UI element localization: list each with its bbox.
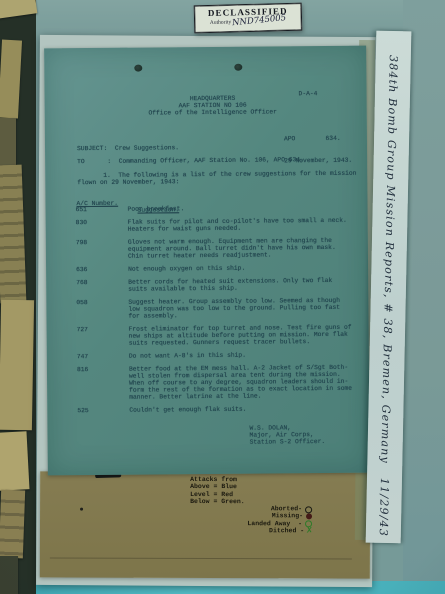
- ac-number: 636: [76, 266, 128, 273]
- apo-line: APO 634.: [284, 135, 352, 143]
- legend-symbol: X: [307, 528, 312, 534]
- mission-card: Attacks fromAbove = BlueLevel = RedBelow…: [40, 471, 370, 578]
- suggestion-text: Better cords for heated suit extensions.…: [128, 277, 352, 293]
- to-line: TO : Commanding Officer, AAF Station No.…: [77, 156, 304, 165]
- declassified-stamp: DECLASSIFIED AuthorityNND745005: [194, 3, 303, 34]
- table-row: 058 Suggest heater. Group assembly too l…: [76, 297, 366, 321]
- subject-line: SUBJECT: Crew Suggestions.: [77, 144, 179, 152]
- punch-hole-right: [234, 64, 242, 71]
- suggestion-table: 651 Poor breakfast. 830 Flak suits for p…: [76, 204, 368, 421]
- paper-strip: [0, 556, 18, 594]
- paper-strip: [0, 431, 29, 490]
- legend-label: Landed Away -: [247, 520, 302, 527]
- punch-hole-left: [134, 65, 142, 72]
- ac-number: 651: [76, 206, 128, 213]
- table-row: 816 Better food at the EM mess hall. A-2…: [77, 364, 367, 402]
- memo-heading: HEADQUARTERSAAF STATION NO 106Office of …: [83, 94, 343, 118]
- paper-strip: [0, 490, 25, 559]
- text-line: Office of the Intelligence Officer: [83, 108, 343, 117]
- suggestion-text: Do not want A-8's in this ship.: [129, 351, 353, 360]
- paper-strip: [0, 0, 37, 19]
- legend-symbol-lines: Aborted- Missing- Landed Away - Ditched …: [190, 505, 312, 535]
- corner-ref: D-A-4: [299, 90, 318, 97]
- text-line: Station S-2 Officer.: [250, 438, 326, 446]
- table-row: 636 Not enough oxygen on this ship.: [76, 264, 366, 274]
- paper-strip: [0, 300, 34, 431]
- paper-strip: [0, 40, 22, 119]
- suggestion-text: Frost eliminator for top turret and nose…: [129, 324, 353, 347]
- suggestion-text: Flak suits for pilot and co-pilot's have…: [128, 217, 352, 233]
- legend-symbol: [304, 505, 312, 513]
- paper-strip: [0, 118, 16, 166]
- table-row: 651 Poor breakfast.: [76, 204, 366, 214]
- table-row: 727 Frost eliminator for top turret and …: [77, 324, 367, 348]
- paragraph-line-2: flown on 29 November, 1943:: [77, 178, 179, 186]
- document-photo: Attacks fromAbove = BlueLevel = RedBelow…: [0, 0, 445, 594]
- suggestion-text: Poor breakfast.: [128, 204, 352, 213]
- legend-symbol: [306, 513, 312, 519]
- suggestion-text: Not enough oxygen on this ship.: [128, 264, 352, 273]
- ac-number: 058: [76, 299, 128, 320]
- table-row: 747 Do not want A-8's in this ship.: [77, 351, 367, 361]
- suggestion-text: Couldn't get enough flak suits.: [129, 405, 353, 414]
- ac-number: 747: [77, 353, 129, 360]
- memo-page: HEADQUARTERSAAF STATION NO 106Office of …: [44, 46, 370, 476]
- table-row: 525 Couldn't get enough flak suits.: [77, 405, 367, 415]
- table-row: 830 Flak suits for pilot and co-pilot's …: [76, 217, 366, 234]
- suggestion-text: Better food at the EM mess hall. A-2 Jac…: [129, 364, 353, 401]
- suggestion-text: Gloves not warm enough. Equipment men ar…: [128, 237, 352, 260]
- signature-block: W.S. DOLAN,Major, Air Corps,Station S-2 …: [249, 424, 325, 446]
- legend-label: Aborted-: [271, 505, 302, 512]
- ink-dot: [80, 508, 83, 511]
- paper-strip: [0, 165, 26, 304]
- ac-number: 798: [76, 239, 128, 260]
- authority-label: Authority: [210, 19, 232, 26]
- attacks-legend: Attacks fromAbove = BlueLevel = RedBelow…: [190, 476, 312, 535]
- legend-label: Ditched -: [269, 527, 304, 534]
- handwritten-mission-label: 384th Bomb Group Mission Reports, # 38, …: [377, 31, 401, 543]
- stamp-authority: AuthorityNND745005: [195, 16, 301, 28]
- ac-number: 525: [77, 407, 129, 414]
- table-row: 768 Better cords for heated suit extensi…: [76, 277, 366, 294]
- ac-number: 830: [76, 219, 128, 233]
- ac-number: 727: [77, 326, 129, 347]
- legend-symbol-line: Ditched - X: [190, 527, 312, 535]
- legend-text-lines: Attacks fromAbove = BlueLevel = RedBelow…: [190, 476, 312, 506]
- card-crease-line: [50, 557, 352, 559]
- ac-number: 816: [77, 366, 129, 401]
- table-row: 798 Gloves not warm enough. Equipment me…: [76, 237, 366, 261]
- legend-label: Missing-: [272, 513, 303, 520]
- paper-stack: [0, 0, 36, 594]
- ac-number: 768: [76, 279, 128, 293]
- suggestion-text: Suggest heater. Group assembly too low. …: [128, 297, 352, 320]
